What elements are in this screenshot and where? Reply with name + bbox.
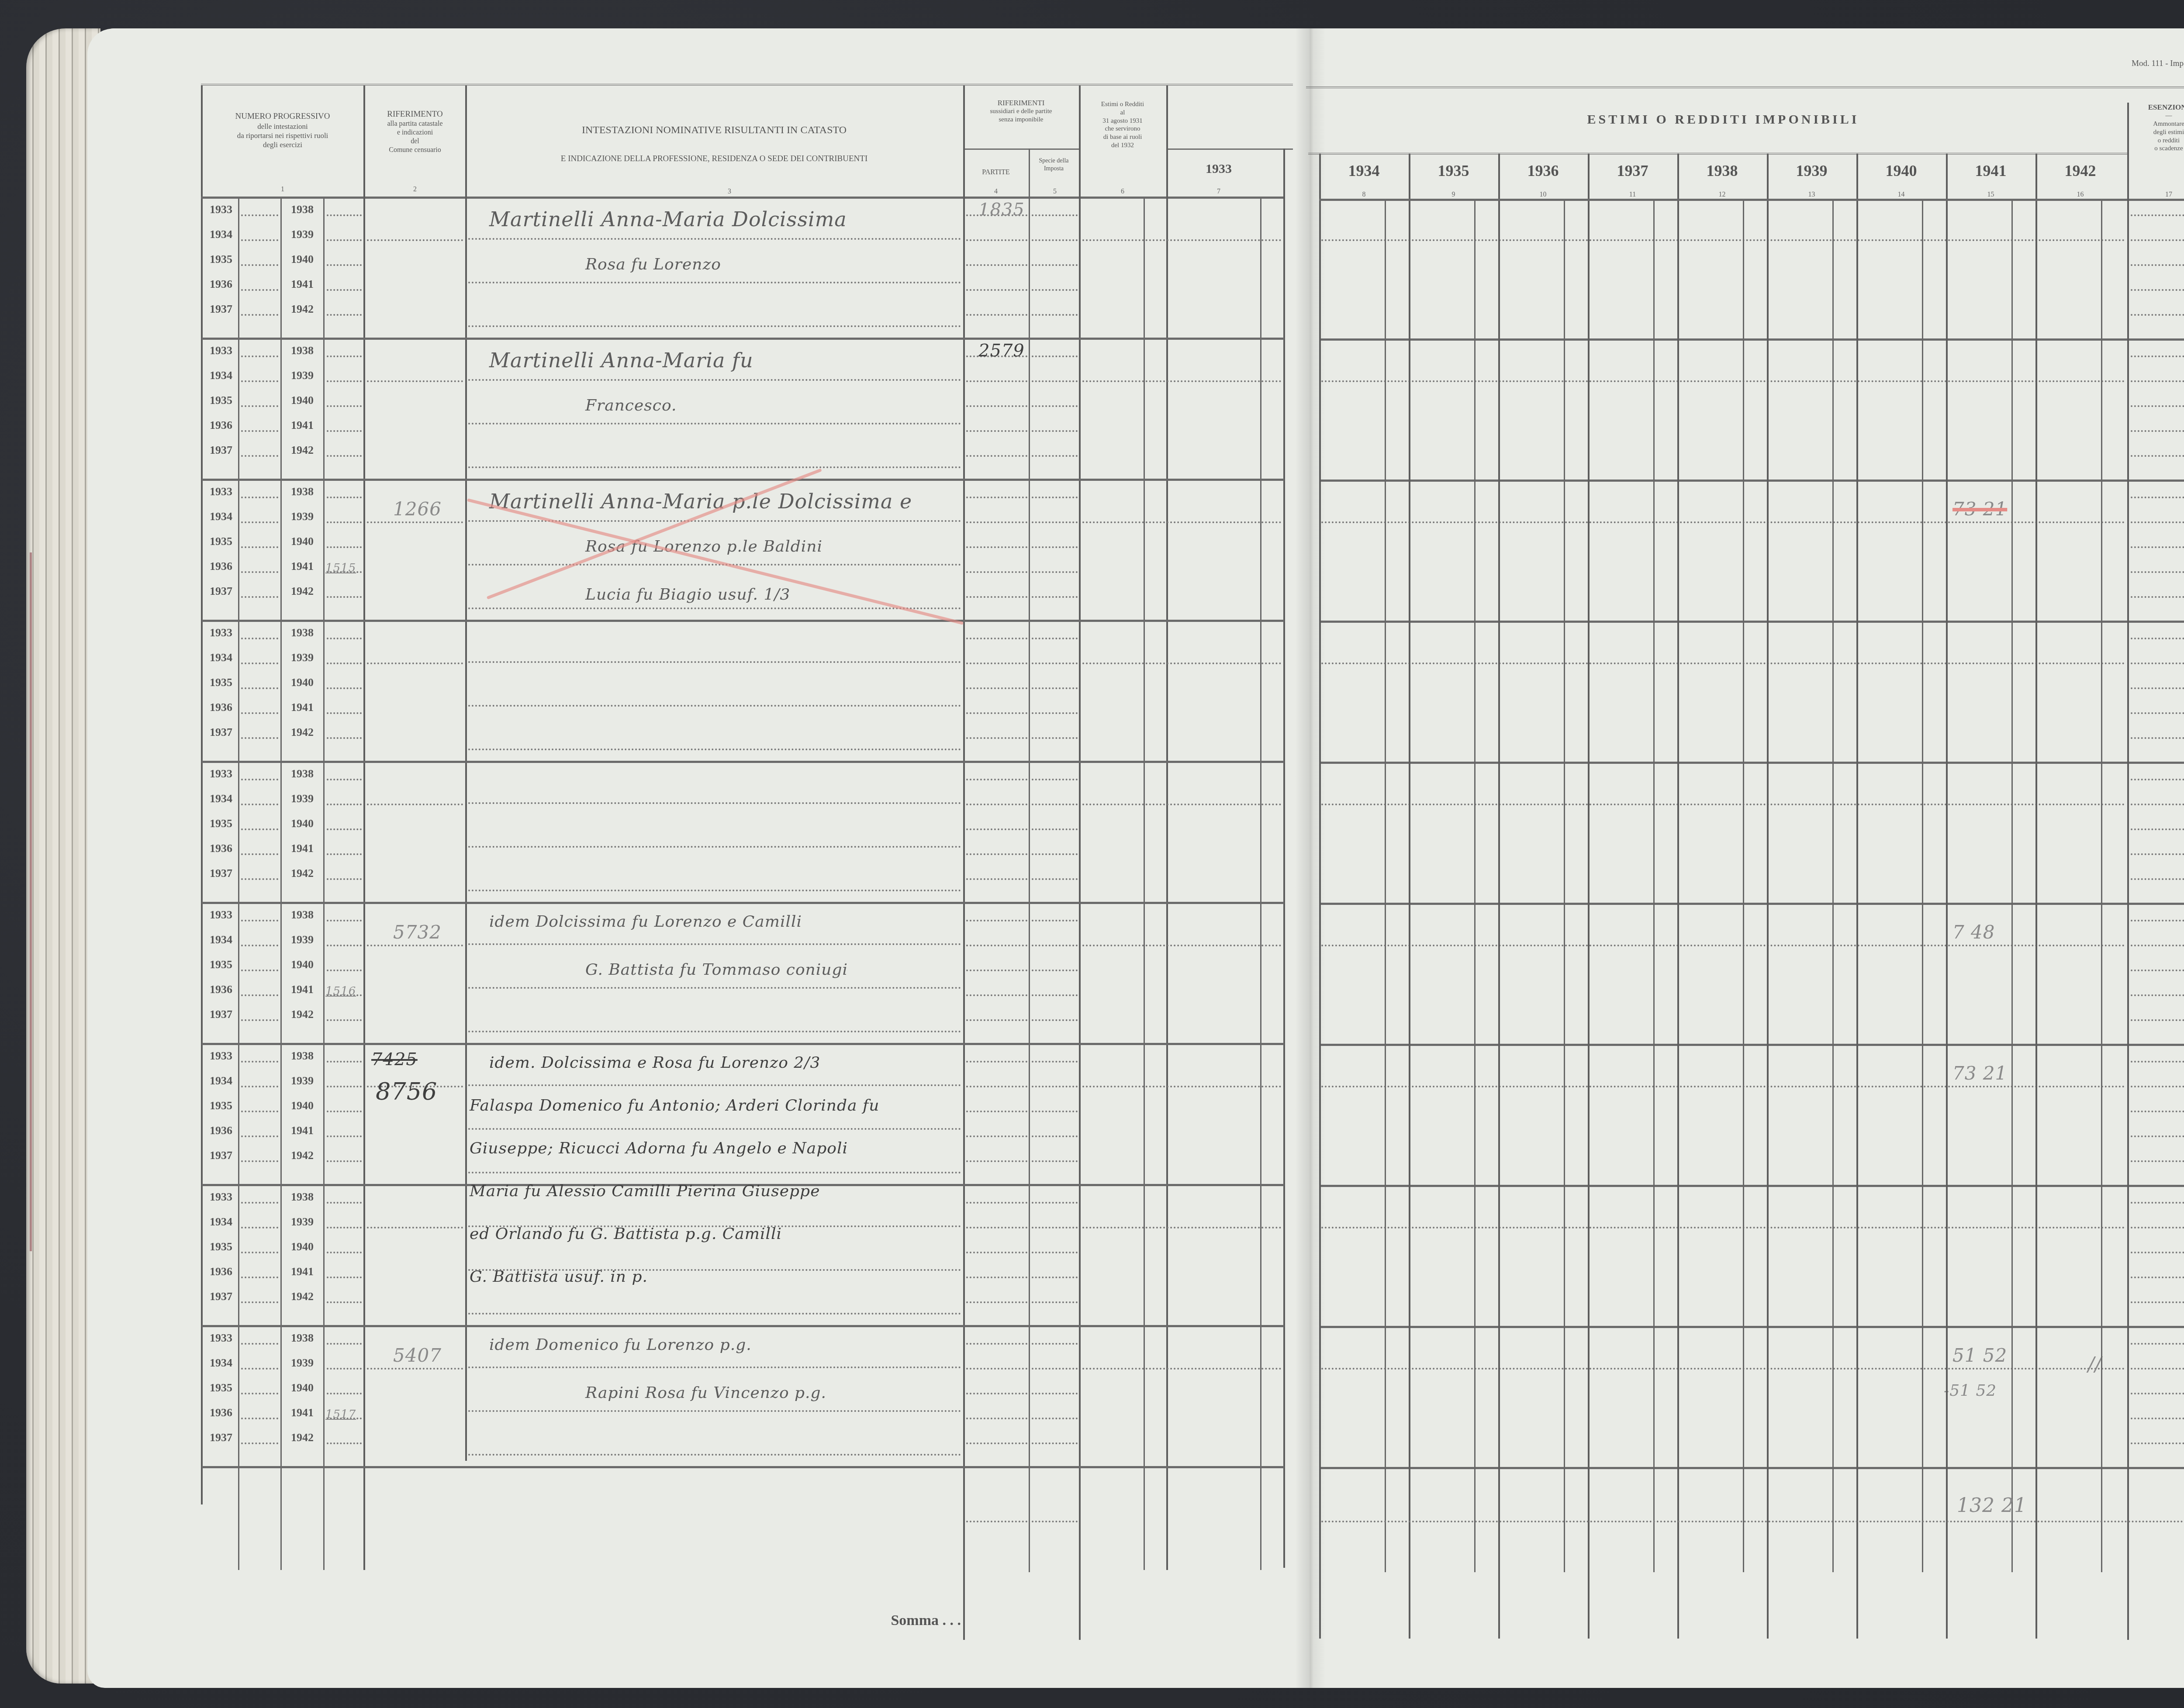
dotted-rule: [1032, 712, 1078, 714]
dotted-rule: [966, 1301, 1027, 1303]
dotted-rule: [966, 1343, 1027, 1345]
dotted-rule: [327, 1086, 362, 1087]
dotted-rule: [327, 430, 362, 432]
dotted-rule: [1032, 1061, 1078, 1063]
dotted-rule: [468, 564, 961, 566]
year-label: 1940: [280, 1381, 324, 1394]
dotted-rule: [327, 497, 362, 498]
dotted-rule: [468, 1225, 961, 1227]
year-label: 1935: [204, 676, 238, 689]
col-rule: [1079, 85, 1081, 1640]
dotted-rule: [966, 920, 1027, 921]
dotted-rule: [1032, 571, 1078, 573]
year-label: 1940: [280, 958, 324, 971]
dotted-rule: [327, 405, 362, 407]
dotted-rule: [966, 878, 1027, 880]
dotted-rule: [1032, 878, 1078, 880]
dotted-rule: [241, 455, 278, 457]
dotted-rule: [241, 1202, 278, 1204]
dotted-rule: [327, 970, 362, 971]
dotted-rule: [327, 1135, 362, 1137]
year-label: 1941: [280, 1124, 324, 1137]
dotted-rule: [241, 1393, 278, 1394]
dotted-rule: [966, 289, 1027, 291]
col-rule: [1409, 154, 1410, 1639]
dotted-rule: [1082, 1227, 1281, 1228]
dotted-rule: [1321, 1227, 2125, 1228]
col-number: 16: [2067, 191, 2094, 199]
col-rule: [465, 85, 467, 1461]
dotted-rule: [966, 1252, 1027, 1253]
block-rule: [1319, 762, 2184, 764]
taxpayer-name-line: idem Domenico fu Lorenzo p.g.: [489, 1336, 752, 1354]
dotted-rule: [2131, 920, 2184, 921]
dotted-rule: [241, 1343, 278, 1345]
progressive-number: 1515: [325, 562, 356, 575]
dotted-rule: [241, 430, 278, 432]
dotted-rule: [241, 596, 278, 598]
dotted-rule: [367, 380, 463, 382]
year-label: 1942: [280, 867, 324, 880]
dotted-rule: [966, 994, 1027, 996]
dotted-rule: [2131, 1160, 2184, 1162]
year-label: 1939: [280, 1356, 324, 1370]
dotted-rule: [1032, 1160, 1078, 1162]
dotted-rule: [468, 282, 961, 283]
dotted-rule: [1032, 1019, 1078, 1021]
dotted-rule: [2131, 264, 2184, 266]
col-number: 3: [716, 188, 743, 196]
estimi-title: ESTIMI O REDDITI IMPONIBILI: [1319, 111, 2127, 128]
dotted-rule: [966, 1202, 1027, 1204]
dotted-rule: [241, 970, 278, 971]
year-label: 1939: [280, 369, 324, 382]
dotted-rule: [241, 380, 278, 382]
dotted-rule: [966, 828, 1027, 830]
dotted-rule: [2131, 1393, 2184, 1394]
year-label: 1940: [280, 1240, 324, 1253]
year-column-header: 1941: [1946, 162, 2035, 180]
year-label: 1936: [204, 1406, 238, 1419]
year-label: 1935: [204, 253, 238, 266]
block-rule: [202, 1466, 1284, 1468]
col-rule: [1166, 85, 1168, 1570]
dotted-rule: [966, 1521, 1027, 1522]
progressive-number: 1516: [325, 985, 356, 998]
year-label: 1934: [204, 651, 238, 664]
dotted-rule: [1032, 994, 1078, 996]
dotted-rule: [327, 1111, 362, 1112]
taxpayer-name-line: ed Orlando fu G. Battista p.g. Camilli: [470, 1225, 782, 1243]
col-number: 17: [2156, 191, 2182, 199]
year-label: 1937: [204, 444, 238, 457]
dotted-rule: [966, 380, 1027, 382]
block-rule: [1319, 480, 2184, 482]
year-label: 1934: [204, 510, 238, 523]
dotted-rule: [2131, 1442, 2184, 1444]
dotted-rule: [327, 853, 362, 855]
dotted-rule: [1082, 662, 1281, 664]
col-number: 4: [983, 188, 1009, 196]
dotted-rule: [2131, 1227, 2184, 1228]
header-col1-line: degli esercizi: [202, 140, 363, 149]
taxpayer-name-line: Martinelli Anna-Maria p.le Dolcissima e: [489, 490, 912, 513]
dotted-rule: [327, 546, 362, 548]
dotted-rule: [1032, 355, 1078, 357]
dotted-rule: [966, 1418, 1027, 1419]
dotted-rule: [241, 1135, 278, 1137]
esenzioni-line: Ammontare: [2127, 120, 2184, 128]
year-label: 1939: [280, 1215, 324, 1228]
block-rule: [1319, 903, 2184, 905]
year-label: 1934: [204, 1074, 238, 1087]
block-rule: [202, 902, 1284, 904]
dotted-rule: [966, 1442, 1027, 1444]
taxpayer-name-line: Rapini Rosa fu Vincenzo p.g.: [585, 1384, 826, 1402]
col-subrule: [1653, 201, 1655, 1572]
header-col45: RIFERIMENTI sussidiari e delle partite s…: [963, 98, 1079, 124]
dotted-rule: [241, 1160, 278, 1162]
dotted-rule: [1032, 1343, 1078, 1345]
header-col2-line: e indicazioni: [365, 128, 465, 137]
year-label: 1934: [204, 792, 238, 805]
col-rule: [1767, 154, 1769, 1639]
dotted-rule: [241, 779, 278, 780]
year-label: 1938: [280, 767, 324, 780]
col-subrule: [2101, 201, 2102, 1572]
dotted-rule: [241, 945, 278, 946]
dotted-rule: [966, 853, 1027, 855]
dotted-rule: [1032, 455, 1078, 457]
dotted-rule: [966, 737, 1027, 739]
dotted-rule: [1082, 1086, 1281, 1087]
year-label: 1936: [204, 1265, 238, 1278]
header-col45-title: RIFERIMENTI: [963, 98, 1079, 107]
dotted-rule: [1032, 638, 1078, 639]
dotted-rule: [1032, 1393, 1078, 1394]
tick-mark: //: [2088, 1353, 2102, 1376]
dotted-rule: [327, 239, 362, 241]
dotted-rule: [1032, 804, 1078, 805]
dotted-rule: [327, 1301, 362, 1303]
col-subrule: [1564, 201, 1565, 1572]
block-rule: [1319, 1185, 2184, 1187]
year-label: 1940: [280, 1099, 324, 1112]
dotted-rule: [468, 379, 961, 381]
col-subrule: [1144, 199, 1145, 1570]
dotted-rule: [2131, 596, 2184, 598]
dotted-rule: [367, 521, 463, 523]
dotted-rule: [2131, 662, 2184, 664]
dotted-rule: [241, 828, 278, 830]
dotted-rule: [966, 638, 1027, 639]
dotted-rule: [966, 596, 1027, 598]
year-label: 1936: [204, 560, 238, 573]
dotted-rule: [241, 546, 278, 548]
year-column-header: 1936: [1498, 162, 1588, 180]
header-col2: RIFERIMENTO alla partita catastale e ind…: [365, 109, 465, 155]
dotted-rule: [367, 945, 463, 946]
dotted-rule: [241, 1227, 278, 1228]
dotted-rule: [1032, 264, 1078, 266]
right-page: [1310, 28, 2184, 1688]
dotted-rule: [966, 1086, 1027, 1087]
header-col6-line: al: [1079, 109, 1166, 117]
dotted-rule: [327, 687, 362, 689]
dotted-rule: [966, 264, 1027, 266]
year-label: 1936: [204, 278, 238, 291]
year-label: 1937: [204, 303, 238, 316]
dotted-rule: [468, 325, 961, 327]
dotted-rule: [1321, 239, 2125, 241]
dotted-rule: [241, 405, 278, 407]
dotted-rule: [2131, 1277, 2184, 1278]
struck-reference: 7425: [371, 1049, 418, 1070]
dotted-rule: [1032, 1227, 1078, 1228]
year-label: 1942: [280, 1149, 324, 1162]
somma-total-1941: 132 21: [1957, 1494, 2027, 1517]
year-label: 1937: [204, 1149, 238, 1162]
dotted-rule: [1082, 380, 1281, 382]
year-label: 1936: [204, 701, 238, 714]
income-1941: 73 21: [1952, 498, 2007, 520]
year-label: 1938: [280, 203, 324, 216]
dotted-rule: [1321, 945, 2125, 946]
dotted-rule: [327, 1202, 362, 1204]
year-label: 1939: [280, 1074, 324, 1087]
dotted-rule: [468, 423, 961, 424]
dotted-rule: [1032, 1135, 1078, 1137]
dotted-rule: [1032, 546, 1078, 548]
dotted-rule: [1321, 521, 2125, 523]
dotted-rule: [468, 520, 961, 522]
year-label: 1933: [204, 908, 238, 921]
dotted-rule: [1032, 289, 1078, 291]
dotted-rule: [2131, 1368, 2184, 1370]
dotted-rule: [2131, 638, 2184, 639]
dotted-rule: [1032, 945, 1078, 946]
dotted-rule: [2131, 214, 2184, 216]
dotted-rule: [468, 238, 961, 240]
col-subrule: [1832, 201, 1834, 1572]
dotted-rule: [2131, 430, 2184, 432]
block-rule: [1319, 621, 2184, 623]
col-number: 15: [1978, 191, 2004, 199]
year-label: 1941: [280, 842, 324, 855]
header-col4-partite: PARTITE: [963, 168, 1029, 177]
taxpayer-name-line: idem. Dolcissima e Rosa fu Lorenzo 2/3: [489, 1054, 820, 1072]
dotted-rule: [241, 920, 278, 921]
dotted-rule: [1321, 1521, 2184, 1522]
col-number: 10: [1530, 191, 1556, 199]
year-label: 1939: [280, 651, 324, 664]
year-label: 1933: [204, 1190, 238, 1204]
block-rule: [1319, 1044, 2184, 1046]
col-rule: [363, 85, 365, 1570]
dotted-rule: [241, 1418, 278, 1419]
year-label: 1942: [280, 303, 324, 316]
year-label: 1939: [280, 792, 324, 805]
year-label: 1933: [204, 626, 238, 639]
dotted-rule: [1032, 662, 1078, 664]
header-col3-subtitle: E INDICAZIONE DELLA PROFESSIONE, RESIDEN…: [465, 154, 963, 164]
dotted-rule: [2131, 853, 2184, 855]
dotted-rule: [241, 521, 278, 523]
dotted-rule: [2131, 571, 2184, 573]
header-col45-line: senza imponibile: [963, 116, 1079, 124]
dotted-rule: [1032, 430, 1078, 432]
header-col7-year: 1933: [1166, 162, 1271, 176]
dotted-rule: [468, 846, 961, 848]
year-label: 1934: [204, 1356, 238, 1370]
dotted-rule: [1032, 1301, 1078, 1303]
dotted-rule: [241, 1277, 278, 1278]
dotted-rule: [966, 1135, 1027, 1137]
block-rule: [202, 1325, 1284, 1327]
book-gutter: [1295, 28, 1326, 1688]
year-label: 1938: [280, 626, 324, 639]
col-number: 5: [1042, 188, 1068, 196]
partita-number: 1835: [978, 200, 1025, 220]
dotted-rule: [966, 1111, 1027, 1112]
dotted-rule: [966, 712, 1027, 714]
col-rule: [1498, 154, 1500, 1639]
dotted-rule: [2131, 1343, 2184, 1345]
dotted-rule: [2131, 355, 2184, 357]
year-label: 1935: [204, 535, 238, 548]
dotted-rule: [241, 497, 278, 498]
taxpayer-name-line: Giuseppe; Ricucci Adorna fu Angelo e Nap…: [470, 1139, 848, 1157]
year-label: 1936: [204, 1124, 238, 1137]
dotted-rule: [1082, 521, 1281, 523]
dotted-rule: [367, 1368, 463, 1370]
dotted-rule: [966, 239, 1027, 241]
header-esenzioni: ESENZIONI — Ammontare degli estimi o red…: [2127, 103, 2184, 153]
dotted-rule: [2131, 779, 2184, 780]
year-label: 1940: [280, 535, 324, 548]
year-label: 1937: [204, 726, 238, 739]
esenzioni-title: ESENZIONI: [2127, 103, 2184, 112]
year-label: 1936: [204, 983, 238, 996]
dotted-rule: [966, 405, 1027, 407]
dotted-rule: [2131, 1301, 2184, 1303]
dotted-rule: [327, 1252, 362, 1253]
dotted-rule: [367, 804, 463, 805]
dotted-rule: [327, 1277, 362, 1278]
dotted-rule: [2131, 737, 2184, 739]
dotted-rule: [327, 828, 362, 830]
col-number: 14: [1888, 191, 1914, 199]
dotted-rule: [468, 1366, 961, 1368]
col-subrule: [2011, 201, 2013, 1572]
dotted-rule: [2131, 380, 2184, 382]
year-label: 1938: [280, 344, 324, 357]
taxpayer-name-line: Francesco.: [585, 397, 677, 414]
dotted-rule: [468, 1031, 961, 1032]
col-number: 7: [1206, 188, 1232, 196]
dotted-rule: [241, 571, 278, 573]
year-label: 1934: [204, 933, 238, 946]
col-rule: [1677, 154, 1679, 1639]
dotted-rule: [241, 289, 278, 291]
esenzioni-line: degli estimi: [2127, 128, 2184, 137]
catastal-reference: 8756: [376, 1078, 437, 1105]
block-rule: [202, 338, 1284, 340]
year-label: 1938: [280, 908, 324, 921]
dotted-rule: [2131, 455, 2184, 457]
dotted-rule: [2131, 712, 2184, 714]
dotted-rule: [2131, 1252, 2184, 1253]
somma-label: Somma . . .: [821, 1611, 961, 1630]
col-subrule: [1260, 199, 1261, 1570]
header-col1-line: delle intestazioni: [202, 122, 363, 131]
dotted-rule: [1032, 405, 1078, 407]
col-rule: [1283, 148, 1285, 1568]
dotted-rule: [241, 1252, 278, 1253]
partita-number: 2579: [978, 341, 1025, 361]
dotted-rule: [1032, 497, 1078, 498]
dotted-rule: [1032, 1111, 1078, 1112]
dotted-rule: [468, 661, 961, 663]
header-col1: NUMERO PROGRESSIVO delle intestazioni da…: [202, 111, 363, 150]
block-rule: [1319, 1467, 2184, 1469]
year-label: 1938: [280, 1332, 324, 1345]
header-col1-line: da riportarsi nei rispettivi ruoli: [202, 131, 363, 140]
dotted-rule: [966, 314, 1027, 316]
year-label: 1933: [204, 1049, 238, 1063]
taxpayer-name-line: Falaspa Domenico fu Antonio; Arderi Clor…: [470, 1097, 879, 1115]
dotted-rule: [1032, 596, 1078, 598]
col-number: 8: [1351, 191, 1377, 199]
dotted-rule: [468, 1313, 961, 1315]
year-label: 1934: [204, 228, 238, 241]
dotted-rule: [327, 804, 362, 805]
col-number: 12: [1709, 191, 1735, 199]
dotted-rule: [1032, 239, 1078, 241]
dotted-rule: [327, 638, 362, 639]
dotted-rule: [468, 1269, 961, 1271]
dotted-rule: [327, 737, 362, 739]
dotted-rule: [966, 945, 1027, 946]
taxpayer-name-line: Lucia fu Biagio usuf. 1/3: [585, 586, 790, 604]
dotted-rule: [966, 779, 1027, 780]
dotted-rule: [2131, 1111, 2184, 1112]
dotted-rule: [468, 466, 961, 468]
year-label: 1940: [280, 394, 324, 407]
col-number: 2: [402, 186, 428, 193]
dotted-rule: [468, 1128, 961, 1130]
year-column-header: 1935: [1409, 162, 1498, 180]
year-label: 1936: [204, 842, 238, 855]
dotted-rule: [327, 455, 362, 457]
dotted-rule: [966, 1368, 1027, 1370]
dotted-rule: [1032, 970, 1078, 971]
year-label: 1941: [280, 1265, 324, 1278]
dotted-rule: [2131, 878, 2184, 880]
dotted-rule: [1321, 662, 2125, 664]
dotted-rule: [2131, 970, 2184, 971]
dotted-rule: [2131, 1061, 2184, 1063]
year-column-header: 1939: [1767, 162, 1856, 180]
dotted-rule: [1321, 380, 2125, 382]
col-number: 9: [1441, 191, 1467, 199]
dotted-rule: [1082, 945, 1281, 946]
income-1941-correction: -51 52: [1944, 1382, 1997, 1400]
dotted-rule: [241, 1086, 278, 1087]
header-col6-line: Estimi o Redditi: [1079, 100, 1166, 109]
col-subrule: [1474, 201, 1476, 1572]
dotted-rule: [241, 1442, 278, 1444]
